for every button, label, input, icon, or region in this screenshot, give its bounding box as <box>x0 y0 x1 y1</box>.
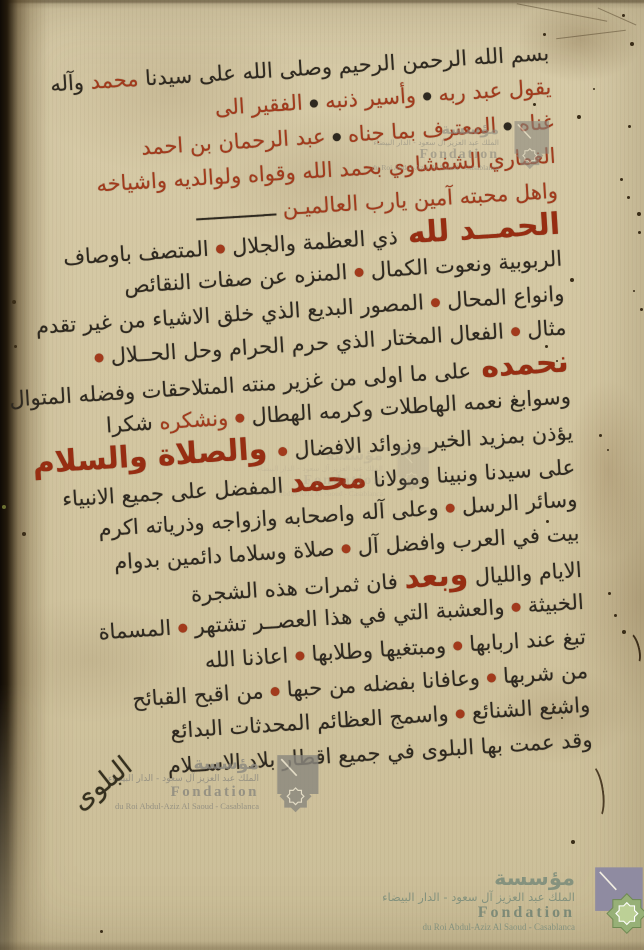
text-run: اعاذنا الله <box>204 643 295 673</box>
text-run: وبعد <box>403 557 469 596</box>
text-run: من اقبح القبائح <box>132 679 271 712</box>
text-run: نحمده <box>470 344 570 385</box>
text-run: ومبتغيها وطلابها <box>304 633 453 666</box>
foundation-watermark-middle: مؤسسة الملك عبد العزيز آل سعود - الدار ا… <box>198 446 430 498</box>
text-run: وأسير ذنبه <box>318 83 424 114</box>
foundation-watermark-text: مؤسسة الملك عبد العزيز آل سعود - الدار ا… <box>298 120 499 172</box>
text-run: الخبيثة <box>520 590 584 618</box>
pen-arc-mark <box>580 763 608 821</box>
foundation-latin-title: Fondation <box>198 473 383 489</box>
text-run: محمد <box>90 67 139 94</box>
text-run: من شربها <box>496 659 589 689</box>
foundation-arabic-title: مؤسسة <box>198 446 383 464</box>
ink-speck <box>577 115 581 119</box>
ink-speck <box>614 614 617 617</box>
ink-speck <box>546 520 549 523</box>
foundation-latin-subtitle: du Roi Abdul-Aziz Al Saoud - Casablanca <box>80 801 259 811</box>
manuscript-page-scan: بسم الله الرحمن الرحيم وصلى الله على سيد… <box>0 0 644 950</box>
foundation-logo-icon <box>578 866 644 940</box>
text-run: الفقير الى <box>214 91 310 121</box>
text-run: المسماة <box>98 616 179 645</box>
ink-speck <box>14 345 17 348</box>
paper-scratch <box>517 3 608 22</box>
foundation-latin-title: Fondation <box>298 147 499 163</box>
ink-speck <box>12 300 16 304</box>
text-run: تبغ عند اربابها <box>462 624 587 656</box>
text-run: الايام والليال <box>467 558 582 589</box>
text-run: ونشكره <box>152 405 236 434</box>
ink-speck <box>553 706 556 709</box>
foundation-arabic-title: مؤسسة <box>298 120 499 138</box>
foundation-arabic-title: مؤسسة <box>372 866 575 890</box>
foundation-latin-subtitle: du Roi Abdul-Aziz Al Saoud - Casablanca <box>298 163 499 172</box>
foundation-latin-subtitle: du Roi Abdul-Aziz Al Saoud - Casablanca <box>198 489 383 498</box>
foundation-watermark-top: مؤسسة الملك عبد العزيز آل سعود - الدار ا… <box>298 120 550 174</box>
ink-speck <box>607 449 609 451</box>
paper-scratch <box>556 30 626 40</box>
text-run: شكرا <box>105 411 153 438</box>
text-run: واشنع الشنائع <box>464 693 590 725</box>
paper-scratch <box>598 8 637 26</box>
ink-speck <box>622 14 625 17</box>
ink-speck <box>640 308 643 311</box>
foundation-arabic-subtitle: الملك عبد العزيز آل سعود - الدار البيضاء <box>198 464 383 473</box>
foundation-logo-icon <box>502 120 550 174</box>
foundation-watermark-text: مؤسسة الملك عبد العزيز آل سعود - الدار ا… <box>198 446 383 498</box>
ink-speck <box>608 592 611 595</box>
ink-speck <box>100 930 103 933</box>
ink-speck <box>570 278 574 282</box>
ink-speck <box>593 88 595 90</box>
ink-speck <box>533 103 536 106</box>
ink-speck <box>22 532 26 536</box>
ink-speck <box>622 630 626 634</box>
ink-speck <box>556 360 558 362</box>
foundation-arabic-subtitle: الملك عبد العزيز آل سعود - الدار البيضاء <box>372 890 575 904</box>
ink-speck <box>620 178 623 181</box>
ink-speck <box>599 434 602 437</box>
foundation-logo-icon <box>386 446 430 496</box>
text-run: وسائر الرسل <box>454 487 578 519</box>
ink-speck <box>545 345 548 348</box>
ink-speck <box>571 840 575 844</box>
ink-speck <box>630 42 634 46</box>
ink-speck <box>627 196 630 199</box>
text-run: وانواع المحال <box>440 281 565 313</box>
ink-speck <box>633 290 635 292</box>
text-run: وآله <box>50 70 92 96</box>
foundation-latin-title: Fondation <box>372 904 575 922</box>
foundation-arabic-subtitle: الملك عبد العزيز آل سعود - الدار البيضاء <box>298 138 499 147</box>
ink-speck <box>543 33 546 36</box>
foundation-latin-subtitle: du Roi Abdul-Aziz Al Saoud - Casablanca <box>372 922 575 932</box>
ink-speck <box>561 717 563 719</box>
ink-speck <box>638 231 641 234</box>
ink-speck <box>628 125 631 128</box>
pen-arc-mark <box>622 631 644 667</box>
text-run: مثال <box>520 316 567 343</box>
ink-speck <box>2 505 6 509</box>
text-run: ـــــــــــــ <box>195 196 276 225</box>
foundation-stamp-bottom-right: مؤسسة الملك عبد العزيز آل سعود - الدار ا… <box>372 866 644 940</box>
foundation-logo-icon <box>262 754 320 818</box>
ink-speck <box>637 212 641 216</box>
foundation-stamp-text: مؤسسة الملك عبد العزيز آل سعود - الدار ا… <box>372 866 575 932</box>
